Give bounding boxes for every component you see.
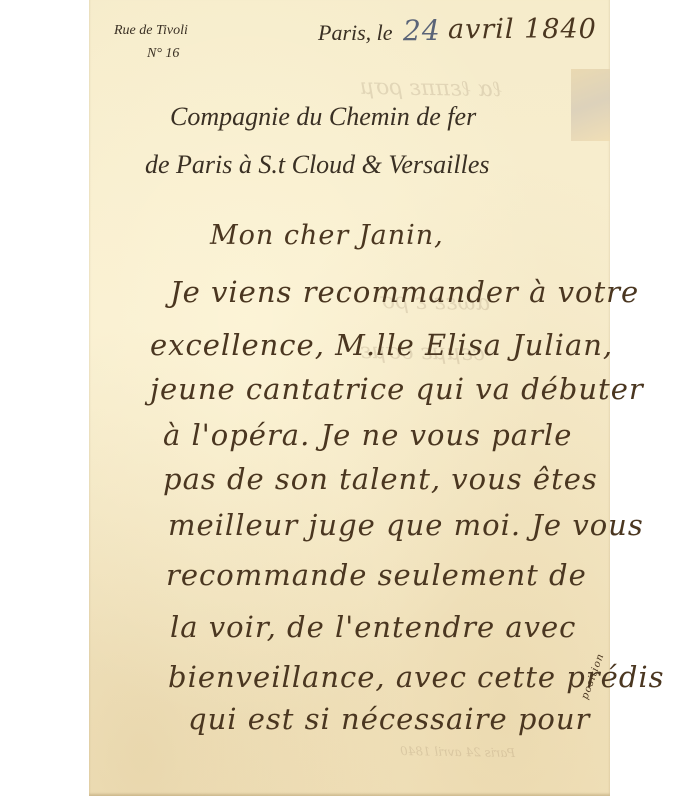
salutation: Mon cher Janin, bbox=[210, 220, 444, 251]
letterhead-address-number: N° 16 bbox=[147, 46, 179, 62]
body-line-1: Je viens recommander à votre bbox=[170, 275, 639, 309]
date-place-prefix: Paris, le bbox=[318, 20, 393, 46]
company-name-line2: de Paris à S.t Cloud & Versailles bbox=[145, 150, 490, 180]
bleed-through-text: ℓα ℓεππε ρσμ bbox=[360, 74, 502, 102]
body-line-4: à l'opéra. Je ne vous parle bbox=[163, 418, 572, 452]
body-line-6: meilleur juge que moi. Je vous bbox=[168, 508, 644, 542]
letterhead-address-street: Rue de Tivoli bbox=[114, 23, 188, 39]
bleed-through-date: Paris 24 avril 1840 bbox=[400, 744, 515, 760]
date-month-year: avril 1840 bbox=[448, 14, 597, 45]
body-line-10: qui est si nécessaire pour bbox=[188, 702, 590, 736]
body-line-7: recommande seulement de bbox=[166, 558, 587, 592]
company-name-line1: Compagnie du Chemin de fer bbox=[170, 102, 476, 132]
body-line-5: pas de son talent, vous êtes bbox=[163, 462, 598, 496]
paper-stain bbox=[571, 69, 610, 141]
body-line-2: excellence, M.lle Elisa Julian, bbox=[150, 328, 613, 362]
date-day: 24 bbox=[403, 14, 441, 47]
body-line-3: jeune cantatrice qui va débuter bbox=[150, 372, 644, 406]
body-line-8: la voir, de l'entendre avec bbox=[170, 610, 576, 644]
